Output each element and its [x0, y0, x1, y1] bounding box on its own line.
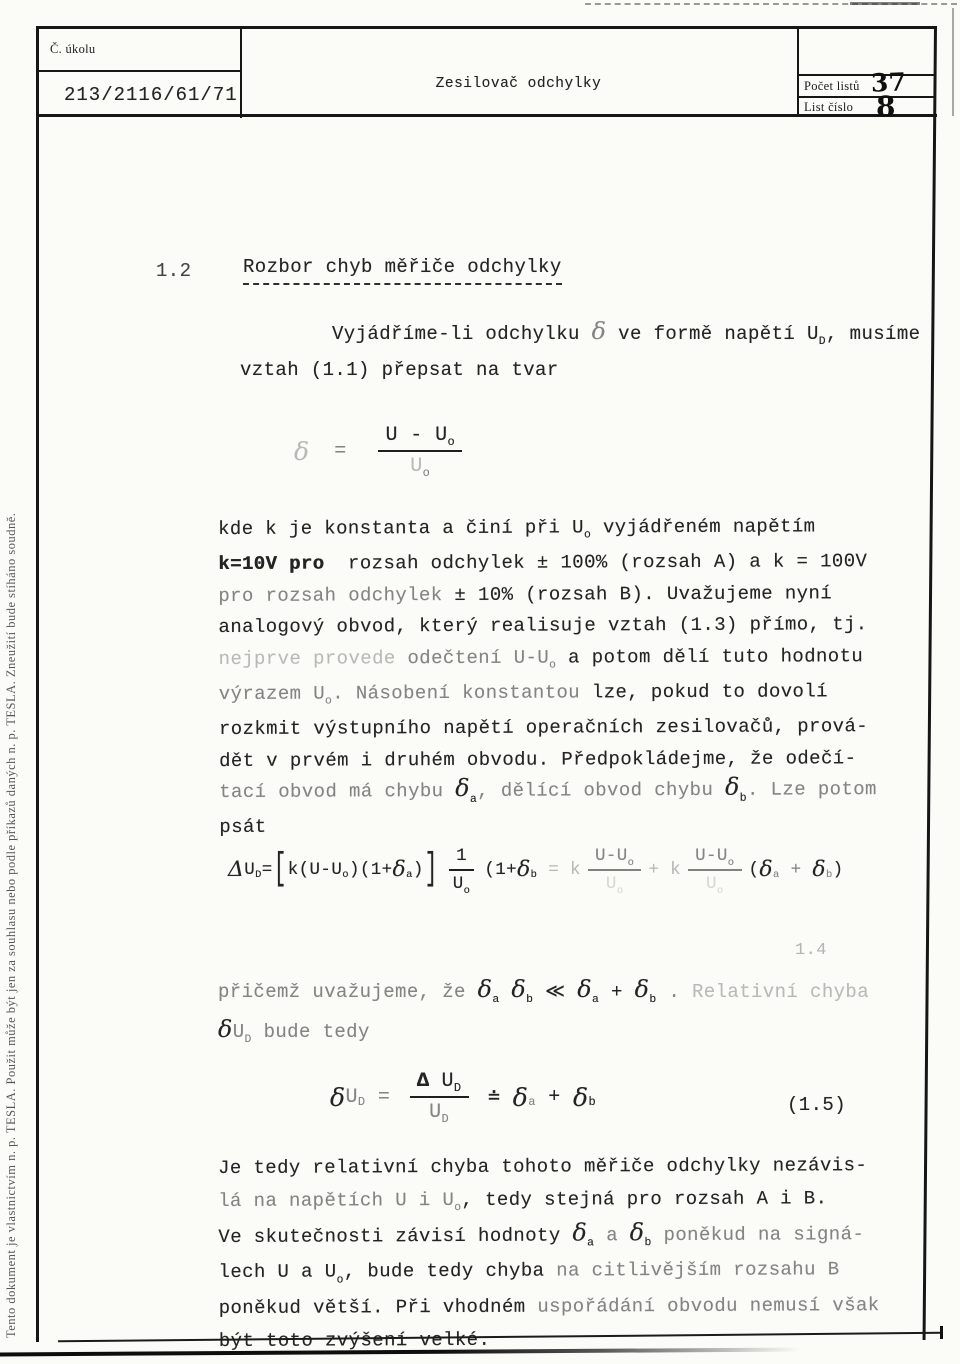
equation-label-1-5: (1.5) — [787, 1094, 846, 1116]
sheet-number-value: 8 — [876, 90, 895, 123]
header-rule-bottom — [36, 114, 937, 117]
document-title: Zesilovač odchylky — [240, 76, 797, 92]
text-line: nejprve provede odečtení U-Uo a potom dě… — [219, 641, 877, 679]
text-line: k=10V pro rozsah odchylek ± 100% (rozsah… — [218, 546, 876, 581]
text-line: přičemž uvažujeme, že δa δb ≪ δa + δb . … — [218, 974, 869, 1014]
header-divider-right-box — [797, 26, 799, 117]
equation-error-expansion: ΔUD=[k(U-Uo)(1+δa)]1Uo(1+δb = kU-UoUo+ k… — [228, 846, 844, 894]
text-line: Vyjádříme-li odchylku δ ve formě napětí … — [240, 318, 920, 354]
header-rule-sheets-top — [797, 74, 936, 76]
text-line: analogový obvod, který realisuje vztah (… — [218, 610, 876, 645]
equation-relative-error: δUD = Δ UDUD ≐ δa + δb — [330, 1070, 596, 1124]
text-line: poněkud větší. Při vhodném uspořádání ob… — [219, 1289, 880, 1325]
section-heading: Rozbor chyb měřiče odchylky — [243, 256, 562, 285]
header-rule-under-task-label — [36, 70, 242, 72]
page-border-left — [36, 26, 39, 1342]
text-line: δUD bude tedy — [218, 1014, 869, 1054]
text-line: Ve skutečnosti závisí hodnoty δa a δb po… — [218, 1218, 879, 1257]
scanned-document-page: Č. úkolu 213/2116/61/71 Zesilovač odchyl… — [0, 0, 960, 1364]
task-number-label: Č. úkolu — [50, 42, 95, 57]
text-line: lá na napětích U i Uo, tedy stejná pro r… — [218, 1182, 879, 1221]
equation-label-1-4: 1.4 — [795, 941, 827, 960]
equation-delta-definition: δ = U - UoUo — [294, 424, 469, 478]
paragraph-conclusion: Je tedy relativní chyba tohoto měřiče od… — [218, 1149, 880, 1358]
scan-right-edge-mark — [952, 8, 954, 116]
paragraph-intro: Vyjádříme-li odchylku δ ve formě napětí … — [240, 318, 920, 387]
scan-top-dash-dark — [850, 2, 920, 5]
text-line: tací obvod má chybu δa, dělící obvod chy… — [219, 775, 877, 813]
task-number-value: 213/2116/61/71 — [64, 84, 238, 106]
text-line: Je tedy relativní chyba tohoto měřiče od… — [218, 1149, 879, 1185]
sheet-count-label: Počet listů — [804, 79, 860, 94]
text-line: vztah (1.1) přepsat na tvar — [240, 354, 920, 387]
text-line: lech U a Uo, bude tedy chyba na citlivěj… — [218, 1254, 879, 1293]
text-line: dět v prvém i druhém obvodu. Předpokláde… — [219, 743, 877, 778]
paragraph-constants-and-circuit: kde k je konstanta a činí při Uo vyjádře… — [218, 511, 877, 844]
page-border-right — [923, 26, 937, 1340]
page-border-top — [36, 26, 936, 29]
header-divider-left-box — [240, 26, 242, 118]
sheet-number-label: List číslo — [804, 100, 853, 115]
text-line: psát — [219, 809, 877, 844]
section-number: 1.2 — [156, 260, 191, 282]
text-line: výrazem Uo. Násobení konstantou lze, pok… — [219, 676, 877, 714]
page-bottom-corner-tick — [940, 1326, 943, 1339]
text-line: pro rozsah odchylek ± 10% (rozsah B). Uv… — [218, 578, 876, 613]
margin-ownership-note: Tento dokument je vlastnictvím n. p. TES… — [4, 166, 19, 1338]
text-line: rozkmit výstupního napětí operačních zes… — [219, 711, 877, 746]
text-line: kde k je konstanta a činí při Uo vyjádře… — [218, 511, 876, 549]
header-rule-sheets-mid — [797, 96, 936, 98]
paragraph-neglect-products: přičemž uvažujeme, že δa δb ≪ δa + δb . … — [218, 974, 869, 1054]
